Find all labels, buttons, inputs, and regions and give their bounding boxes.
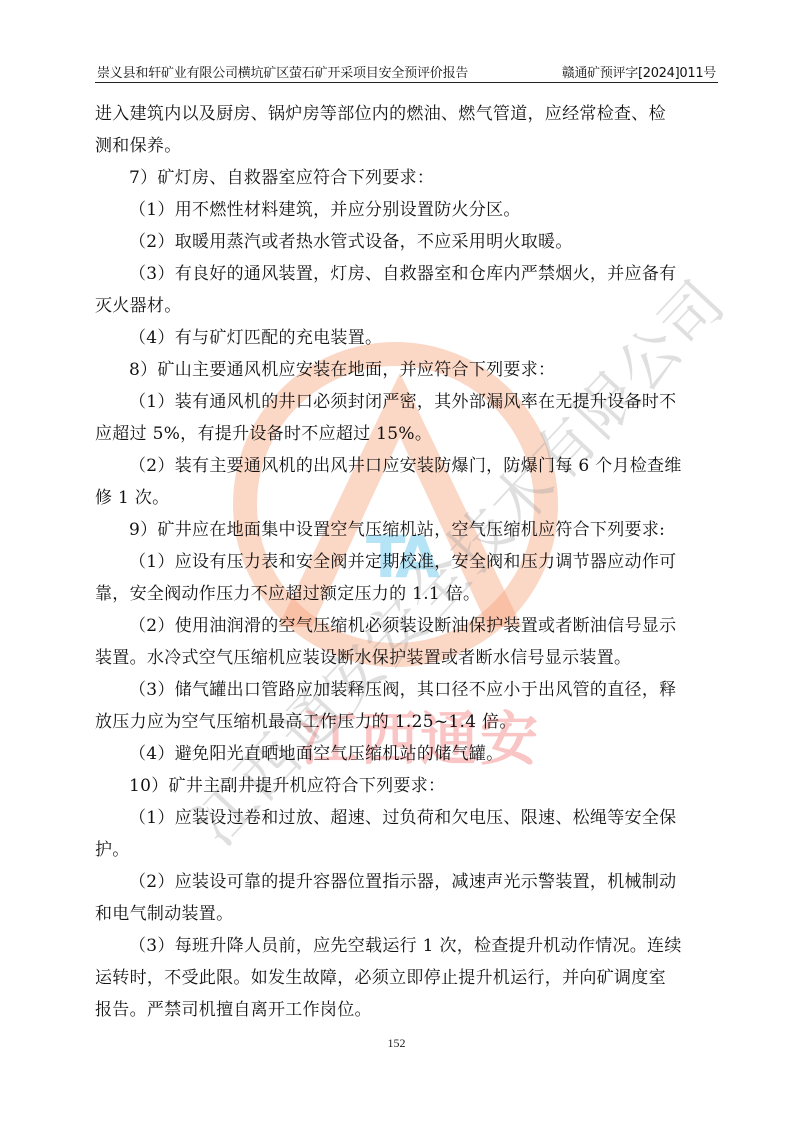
page-number: 152 xyxy=(0,1036,793,1051)
text-line: 修 1 次。 xyxy=(95,482,719,514)
text-line: 放压力应为空气压缩机最高工作压力的 1.25~1.4 倍。 xyxy=(95,706,719,738)
list-item: （1）应设有压力表和安全阀并定期校准，安全阀和压力调节器应动作可 xyxy=(95,546,719,578)
section-heading: 10）矿井主副井提升机应符合下列要求： xyxy=(95,770,719,802)
text-line: 测和保养。 xyxy=(95,130,719,162)
section-heading: 8）矿山主要通风机应安装在地面，并应符合下列要求： xyxy=(95,354,719,386)
list-item: （2）装有主要通风机的出风井口应安装防爆门，防爆门每 6 个月检查维 xyxy=(95,450,719,482)
text-line: 灭火器材。 xyxy=(95,290,719,322)
section-heading: 9）矿井应在地面集中设置空气压缩机站，空气压缩机应符合下列要求: xyxy=(95,514,719,546)
text-line: 进入建筑内以及厨房、锅炉房等部位内的燃油、燃气管道，应经常检查、检 xyxy=(95,98,719,130)
list-item: （2）取暖用蒸汽或者热水管式设备，不应采用明火取暖。 xyxy=(95,226,719,258)
text-line: 护。 xyxy=(95,834,719,866)
report-title: 崇义县和轩矿业有限公司横坑矿区萤石矿开采项目安全预评价报告 xyxy=(95,65,468,82)
list-item: （2）使用油润滑的空气压缩机必须装设断油保护装置或者断油信号显示 xyxy=(95,610,719,642)
document-number: 赣通矿预评字[2024]011号 xyxy=(562,65,718,82)
text-line: 报告。严禁司机擅自离开工作岗位。 xyxy=(95,994,719,1026)
section-heading: 7）矿灯房、自救器室应符合下列要求： xyxy=(95,162,719,194)
list-item: （1）用不燃性材料建筑，并应分别设置防火分区。 xyxy=(95,194,719,226)
list-item: （3）有良好的通风装置，灯房、自救器室和仓库内严禁烟火，并应备有 xyxy=(95,258,719,290)
list-item: （1）装有通风机的井口必须封闭严密，其外部漏风率在无提升设备时不 xyxy=(95,386,719,418)
list-item: （4）有与矿灯匹配的充电装置。 xyxy=(95,322,719,354)
list-item: （2）应装设可靠的提升容器位置指示器，减速声光示警装置，机械制动 xyxy=(95,866,719,898)
text-line: 应超过 5%，有提升设备时不应超过 15%。 xyxy=(95,418,719,450)
list-item: （3）储气罐出口管路应加装释压阀，其口径不应小于出风管的直径，释 xyxy=(95,674,719,706)
document-page: TA 江西通安 江西通安安全技术有限公司 崇义县和轩矿业有限公司横坑矿区萤石矿开… xyxy=(0,0,793,1122)
text-line: 运转时，不受此限。如发生故障，必须立即停止提升机运行，并向矿调度室 xyxy=(95,962,719,994)
list-item: （1）应装设过卷和过放、超速、过负荷和欠电压、限速、松绳等安全保 xyxy=(95,802,719,834)
page-header: 崇义县和轩矿业有限公司横坑矿区萤石矿开采项目安全预评价报告 赣通矿预评字[202… xyxy=(95,62,718,83)
text-line: 和电气制动装置。 xyxy=(95,898,719,930)
text-line: 装置。水冷式空气压缩机应装设断水保护装置或者断水信号显示装置。 xyxy=(95,642,719,674)
list-item: （3）每班升降人员前，应先空载运行 1 次，检查提升机动作情况。连续 xyxy=(95,930,719,962)
text-line: 靠，安全阀动作压力不应超过额定压力的 1.1 倍。 xyxy=(95,578,719,610)
body-text: 进入建筑内以及厨房、锅炉房等部位内的燃油、燃气管道，应经常检查、检 测和保养。 … xyxy=(95,98,719,1026)
list-item: （4）避免阳光直晒地面空气压缩机站的储气罐。 xyxy=(95,738,719,770)
